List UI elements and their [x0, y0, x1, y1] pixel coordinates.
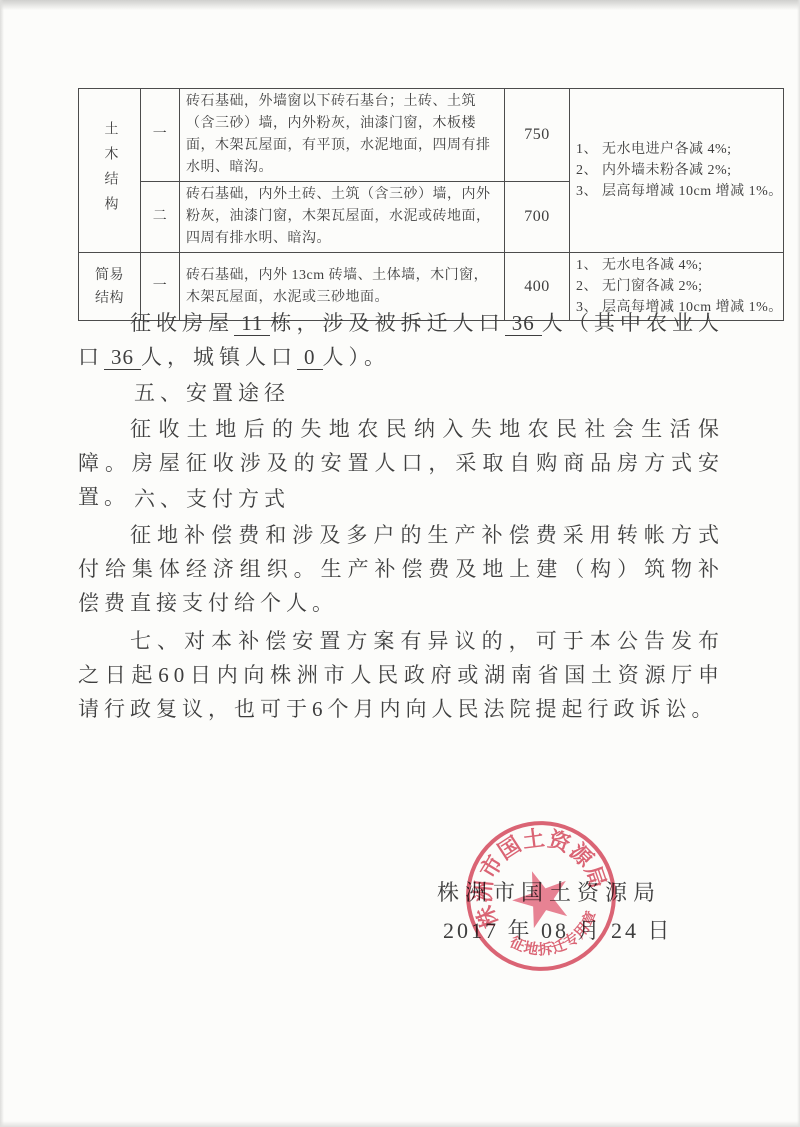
text-segment: 人）。: [323, 345, 391, 369]
price-cell: 750: [505, 89, 570, 182]
structure-label: 简易结构: [92, 264, 128, 310]
housing-paragraph: 征收房屋11栋，涉及被拆迁人口36人（其中农业人口36人，城镇人口0人）。: [78, 306, 724, 374]
text-segment: 人，城镇人口: [141, 345, 297, 369]
note-line: 1、 无水电各减 4%;: [576, 255, 777, 276]
compensation-table: 土木结构 一 砖石基础，外墙窗以下砖石基台；土砖、土筑（含三砂）墙，内外粉灰，油…: [78, 88, 784, 321]
note-line: 2、 无门窗各减 2%;: [576, 276, 777, 297]
underlined-value-agricultural: 36: [104, 345, 141, 370]
grade-cell: 二: [141, 182, 180, 253]
description-cell: 砖石基础，内外土砖、土筑（含三砂）墙，内外粉灰，油漆门窗，木架瓦屋面，水泥或砖地…: [180, 182, 505, 253]
underlined-value-population: 36: [505, 311, 542, 336]
notes-cell: 1、 无水电进户各减 4%; 2、 内外墙未粉各减 2%; 3、 层高每增减 1…: [570, 89, 784, 253]
scan-edge-left: [0, 0, 4, 1127]
section7-body: 七、对本补偿安置方案有异议的，可于本公告发布之日起60日内向株洲市人民政府或湖南…: [78, 624, 724, 726]
underlined-value-urban: 0: [297, 345, 323, 370]
scan-edge-bottom: [0, 1121, 800, 1127]
section5-heading: 五、安置途径: [134, 377, 290, 407]
note-line: 1、 无水电进户各减 4%;: [576, 139, 777, 160]
note-line: 2、 内外墙未粉各减 2%;: [576, 160, 777, 181]
note-line: 3、 层高每增减 10cm 增减 1%。: [576, 181, 777, 202]
price-cell: 700: [505, 182, 570, 253]
underlined-value-houses: 11: [234, 311, 270, 336]
seal-graphic: ★ 株洲市国土资源局 征地拆迁专用章: [437, 792, 645, 1000]
table-row: 土木结构 一 砖石基础，外墙窗以下砖石基台；土砖、土筑（含三砂）墙，内外粉灰，油…: [79, 89, 784, 182]
section6-heading: 六、支付方式: [134, 483, 290, 513]
scan-edge-top: [0, 0, 800, 12]
document-page: 土木结构 一 砖石基础，外墙窗以下砖石基台；土砖、土筑（含三砂）墙，内外粉灰，油…: [0, 0, 800, 1127]
grade-cell: 一: [141, 89, 180, 182]
official-seal: ★ 株洲市国土资源局 征地拆迁专用章: [437, 792, 645, 1000]
section6-body: 征地补偿费和涉及多户的生产补偿费采用转帐方式付给集体经济组织。生产补偿费及地上建…: [78, 518, 724, 620]
text-segment: 征收房屋: [130, 311, 234, 335]
description-cell: 砖石基础，外墙窗以下砖石基台；土砖、土筑（含三砂）墙，内外粉灰，油漆门窗，木板楼…: [180, 89, 505, 182]
text-segment: 栋，涉及被拆迁人口: [270, 311, 504, 335]
structure-cell: 土木结构: [79, 89, 141, 253]
structure-label: 土木结构: [100, 121, 120, 221]
